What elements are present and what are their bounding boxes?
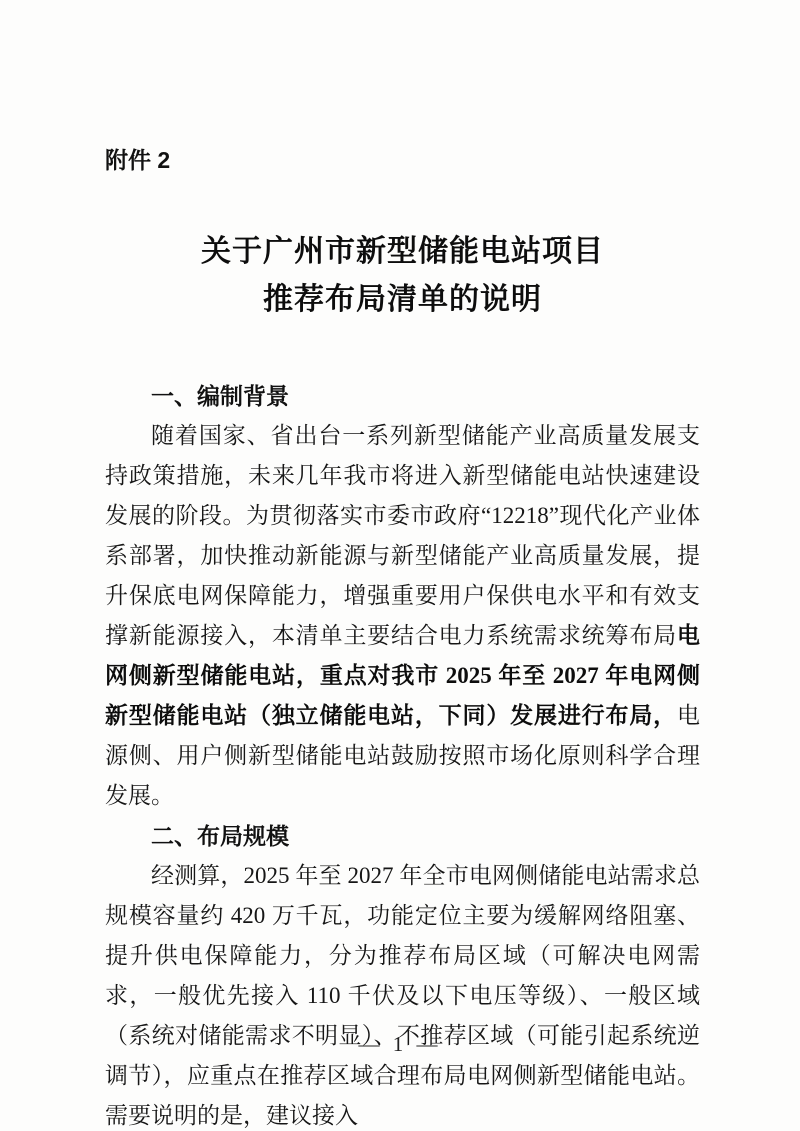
text-run: 经测算，2025 年至 2027 年全市电网侧储能电站需求总规模容量约 420 …	[105, 863, 700, 1128]
page-number: — 1 —	[0, 1032, 800, 1057]
document-page: 附件 2 关于广州市新型储能电站项目 推荐布局清单的说明 一、编制背景随着国家、…	[0, 0, 800, 1131]
section-heading-1: 一、编制背景	[105, 376, 700, 416]
document-title-line-1: 关于广州市新型储能电站项目	[201, 235, 604, 268]
document-title-line-2: 推荐布局清单的说明	[263, 283, 542, 316]
attachment-label: 附件 2	[105, 146, 700, 174]
document-body: 一、编制背景随着国家、省出台一系列新型储能产业高质量发展支持政策措施，未来几年我…	[105, 376, 700, 1131]
paragraph: 经测算，2025 年至 2027 年全市电网侧储能电站需求总规模容量约 420 …	[105, 856, 700, 1131]
paragraph: 随着国家、省出台一系列新型储能产业高质量发展支持政策措施，未来几年我市将进入新型…	[105, 416, 700, 816]
document-title: 关于广州市新型储能电站项目 推荐布局清单的说明	[105, 228, 700, 324]
section-heading-2: 二、布局规模	[105, 816, 700, 856]
text-run: 随着国家、省出台一系列新型储能产业高质量发展支持政策措施，未来几年我市将进入新型…	[105, 423, 700, 648]
